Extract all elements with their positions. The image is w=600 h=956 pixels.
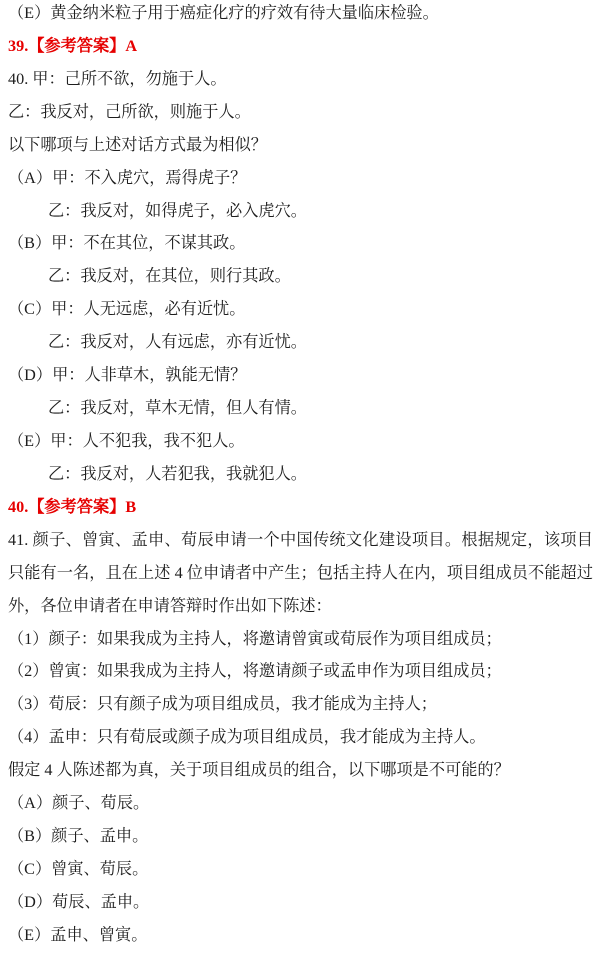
text-line: （D）甲：人非草木，孰能无情？ [8, 359, 593, 392]
text-line: （E）孟申、曾寅。 [8, 919, 593, 952]
text-line: （1）颜子：如果我成为主持人，将邀请曾寅或荀辰作为项目组成员； [8, 623, 593, 656]
text-line: （B）颜子、孟申。 [8, 820, 593, 853]
answer-line: 40.【参考答案】B [8, 491, 593, 524]
text-line: （4）孟申：只有荀辰或颜子成为项目组成员，我才能成为主持人。 [8, 721, 593, 754]
text-line: 假定 4 人陈述都为真，关于项目组成员的组合，以下哪项是不可能的？ [8, 754, 593, 787]
text-line: （C）甲：人无远虑，必有近忧。 [8, 293, 593, 326]
text-line: 乙：我反对，在其位，则行其政。 [8, 260, 593, 293]
text-line: 外，各位申请者在申请答辩时作出如下陈述： [8, 590, 593, 623]
text-line: （B）甲：不在其位，不谋其政。 [8, 227, 593, 260]
text-line: （E）甲：人不犯我，我不犯人。 [8, 425, 593, 458]
text-line: （E）黄金纳米粒子用于癌症化疗的疗效有待大量临床检验。 [8, 0, 593, 30]
document-text-lines: （E）黄金纳米粒子用于癌症化疗的疗效有待大量临床检验。39.【参考答案】A40.… [8, 0, 593, 952]
text-line: （D）荀辰、孟申。 [8, 886, 593, 919]
text-line: 41. 颜子、曾寅、孟申、荀辰申请一个中国传统文化建设项目。根据规定，该项目的主… [8, 524, 593, 557]
exam-document-page: （E）黄金纳米粒子用于癌症化疗的疗效有待大量临床检验。39.【参考答案】A40.… [0, 0, 600, 953]
text-line: （3）荀辰：只有颜子成为项目组成员，我才能成为主持人； [8, 688, 593, 721]
text-line: （C）曾寅、荀辰。 [8, 853, 593, 886]
text-line: 乙：我反对，如得虎子，必入虎穴。 [8, 195, 593, 228]
text-line: 乙：我反对，人有远虑，亦有近忧。 [8, 326, 593, 359]
text-line: 以下哪项与上述对话方式最为相似？ [8, 129, 593, 162]
answer-line: 39.【参考答案】A [8, 30, 593, 63]
text-line: 乙：我反对，草木无情，但人有情。 [8, 392, 593, 425]
text-line: 只能有一名，且在上述 4 位申请者中产生；包括主持人在内，项目组成员不能超过两位… [8, 557, 593, 590]
text-line: （2）曾寅：如果我成为主持人，将邀请颜子或孟申作为项目组成员； [8, 655, 593, 688]
text-line: 40. 甲：己所不欲，勿施于人。 [8, 63, 593, 96]
text-line: 乙：我反对，己所欲，则施于人。 [8, 96, 593, 129]
text-line: （A）颜子、荀辰。 [8, 787, 593, 820]
text-line: （A）甲：不入虎穴，焉得虎子？ [8, 162, 593, 195]
text-line: 乙：我反对，人若犯我，我就犯人。 [8, 458, 593, 491]
